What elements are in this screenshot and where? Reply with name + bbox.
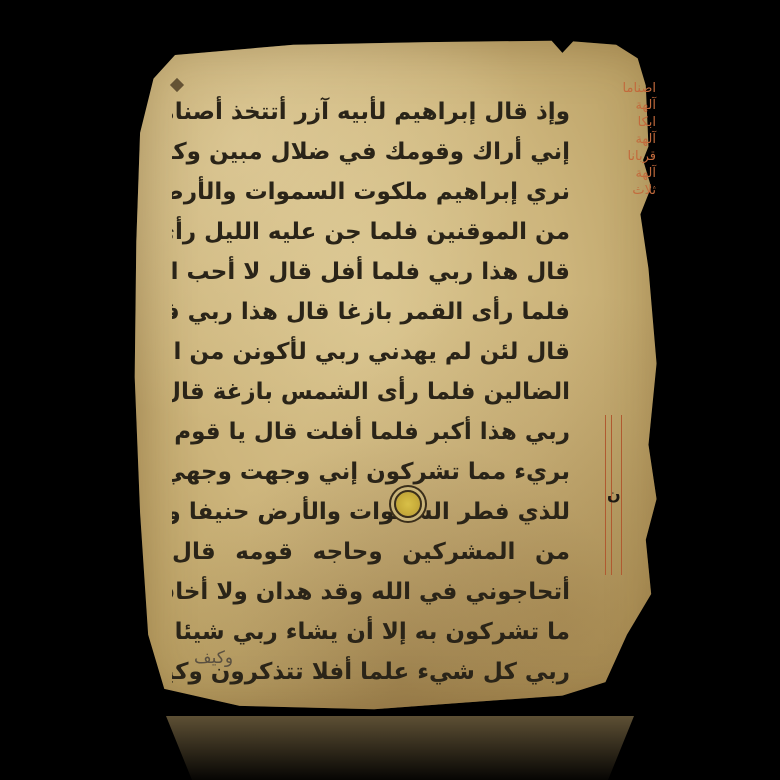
text-line: فلما رأى القمر بازغا قال هذا ربي فلما أف…	[172, 292, 570, 332]
margin-note: قربانا	[592, 148, 656, 165]
margin-notes: اصناما آلهة ابكا آلهة قربانا آلهة ثلاث	[592, 80, 656, 199]
margin-note: آلهة	[592, 131, 656, 148]
text-line: ربي هذا أكبر فلما أفلت قال يا قوم إني	[172, 412, 570, 452]
text-line: للذي فطر السموات والأرض حنيفا وما أنا	[172, 492, 570, 532]
main-text-block: وإذ قال إبراهيم لأبيه آزر أتتخذ أصناما آ…	[172, 92, 570, 692]
margin-note: آلهة	[592, 97, 656, 114]
rule-line	[621, 415, 622, 575]
text-line: الضالين فلما رأى الشمس بازغة قال هذا	[172, 372, 570, 412]
marginal-ruled-marker: ن	[605, 415, 625, 575]
catchword: وكيف	[194, 648, 233, 668]
text-line: من الموقنين فلما جن عليه الليل رأى كوكبا	[172, 212, 570, 252]
marginal-glyph: ن	[607, 485, 621, 504]
text-line: قال هذا ربي فلما أفل قال لا أحب الآفلين	[172, 252, 570, 292]
text-line: إني أراك وقومك في ضلال مبين وكذلك	[172, 132, 570, 172]
margin-note: آلهة	[592, 165, 656, 182]
text-line: أتحاجوني في الله وقد هدان ولا أخاف	[172, 572, 570, 612]
text-line: قال لئن لم يهدني ربي لأكونن من القوم	[172, 332, 570, 372]
margin-note: ابكا	[592, 114, 656, 131]
rule-line	[605, 415, 606, 575]
verse-marker-icon	[394, 490, 422, 518]
folio-reflection	[140, 716, 660, 780]
margin-note: ثلاث	[592, 182, 656, 199]
text-line: ما تشركون به إلا أن يشاء ربي شيئا وسع	[172, 612, 570, 652]
text-line: من المشركين وحاجه قومه قال	[172, 532, 570, 572]
text-line: نري إبراهيم ملكوت السموات والأرض وليكون	[172, 172, 570, 212]
text-line: وإذ قال إبراهيم لأبيه آزر أتتخذ أصناما آ…	[172, 92, 570, 132]
photo-background: وإذ قال إبراهيم لأبيه آزر أتتخذ أصناما آ…	[0, 0, 780, 780]
margin-note: اصناما	[592, 80, 656, 97]
text-line: بريء مما تشركون إني وجهت وجهي	[172, 452, 570, 492]
